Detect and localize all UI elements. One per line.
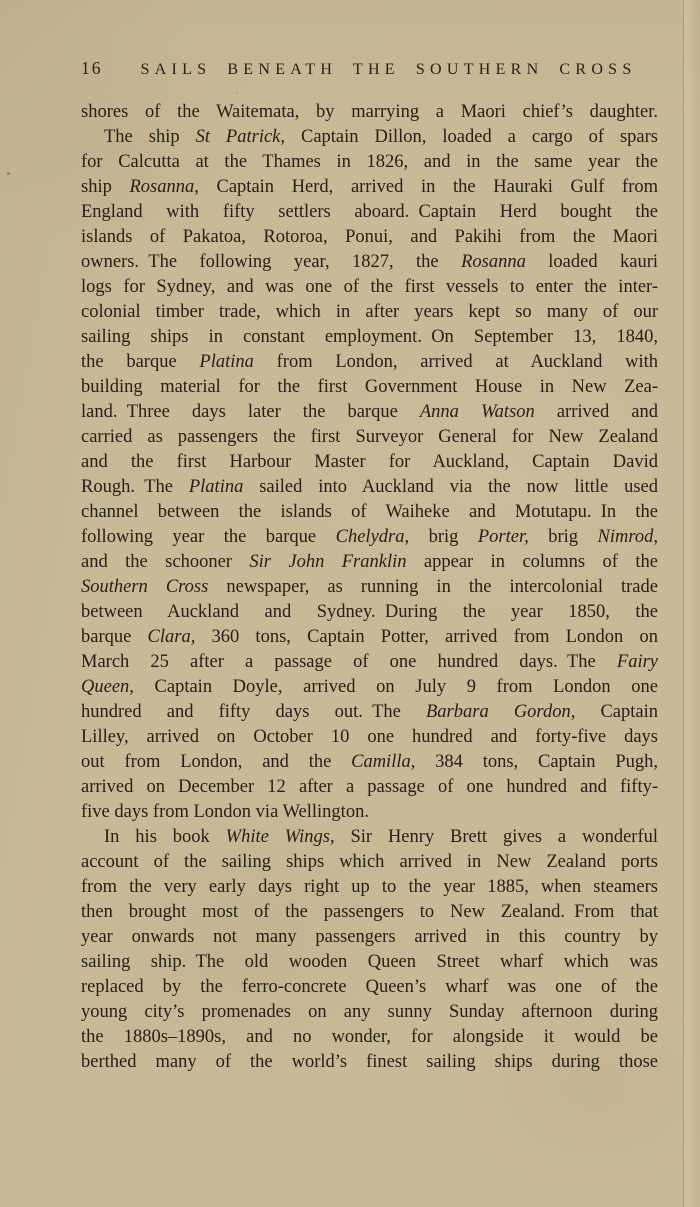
text-line: berthed many of the world’s finest saili… xyxy=(81,1050,658,1075)
text-line: between Auckland and Sydney. During the … xyxy=(81,600,658,625)
text-line: from the very early days right up to the… xyxy=(81,875,658,900)
text-line: Queen, Captain Doyle, arrived on July 9 … xyxy=(81,675,658,700)
body-text: shores of the Waitemata, by marrying a M… xyxy=(81,100,658,1075)
text-line: sailing ships in constant employment. On… xyxy=(81,325,658,350)
text-line: The ship St Patrick, Captain Dillon, loa… xyxy=(81,125,658,150)
running-head-title: SAILS BENEATH THE SOUTHERN CROSS xyxy=(141,61,637,79)
text-line: then brought most of the passengers to N… xyxy=(81,900,658,925)
text-line: land. Three days later the barque Anna W… xyxy=(81,400,658,425)
text-line: year onwards not many passengers arrived… xyxy=(81,925,658,950)
paper-speck xyxy=(7,172,10,175)
text-line: shores of the Waitemata, by marrying a M… xyxy=(81,100,658,125)
text-line: for Calcutta at the Thames in 1826, and … xyxy=(81,150,658,175)
text-line: In his book White Wings, Sir Henry Brett… xyxy=(81,825,658,850)
text-line: carried as passengers the first Surveyor… xyxy=(81,425,658,450)
text-line: and the first Harbour Master for Aucklan… xyxy=(81,450,658,475)
text-line: five days from London via Wellington. xyxy=(81,800,658,825)
text-line: colonial timber trade, which in after ye… xyxy=(81,300,658,325)
text-line: the barque Platina from London, arrived … xyxy=(81,350,658,375)
text-line: Lilley, arrived on October 10 one hundre… xyxy=(81,725,658,750)
text-line: Rough. The Platina sailed into Auckland … xyxy=(81,475,658,500)
text-line: building material for the first Governme… xyxy=(81,375,658,400)
book-page: 16 SAILS BENEATH THE SOUTHERN CROSS shor… xyxy=(0,0,700,1207)
text-line: replaced by the ferro-concrete Queen’s w… xyxy=(81,975,658,1000)
text-line: account of the sailing ships which arriv… xyxy=(81,850,658,875)
text-line: young city’s promenades on any sunny Sun… xyxy=(81,1000,658,1025)
text-line: logs for Sydney, and was one of the firs… xyxy=(81,275,658,300)
text-line: ship Rosanna, Captain Herd, arrived in t… xyxy=(81,175,658,200)
page-content: 16 SAILS BENEATH THE SOUTHERN CROSS shor… xyxy=(81,58,658,1075)
text-line: arrived on December 12 after a passage o… xyxy=(81,775,658,800)
text-line: sailing ship. The old wooden Queen Stree… xyxy=(81,950,658,975)
text-line: England with fifty settlers aboard. Capt… xyxy=(81,200,658,225)
text-line: March 25 after a passage of one hundred … xyxy=(81,650,658,675)
text-line: islands of Pakatoa, Rotoroa, Ponui, and … xyxy=(81,225,658,250)
text-line: hundred and fifty days out. The Barbara … xyxy=(81,700,658,725)
text-line: the 1880s–1890s, and no wonder, for alon… xyxy=(81,1025,658,1050)
text-line: barque Clara, 360 tons, Captain Potter, … xyxy=(81,625,658,650)
text-line: following year the barque Chelydra, brig… xyxy=(81,525,658,550)
text-line: Southern Cross newspaper, as running in … xyxy=(81,575,658,600)
page-edge xyxy=(683,0,700,1207)
text-line: out from London, and the Camilla, 384 to… xyxy=(81,750,658,775)
text-line: owners. The following year, 1827, the Ro… xyxy=(81,250,658,275)
text-line: channel between the islands of Waiheke a… xyxy=(81,500,658,525)
text-line: and the schooner Sir John Franklin appea… xyxy=(81,550,658,575)
running-header: 16 SAILS BENEATH THE SOUTHERN CROSS xyxy=(81,58,658,82)
page-number: 16 xyxy=(81,58,103,79)
